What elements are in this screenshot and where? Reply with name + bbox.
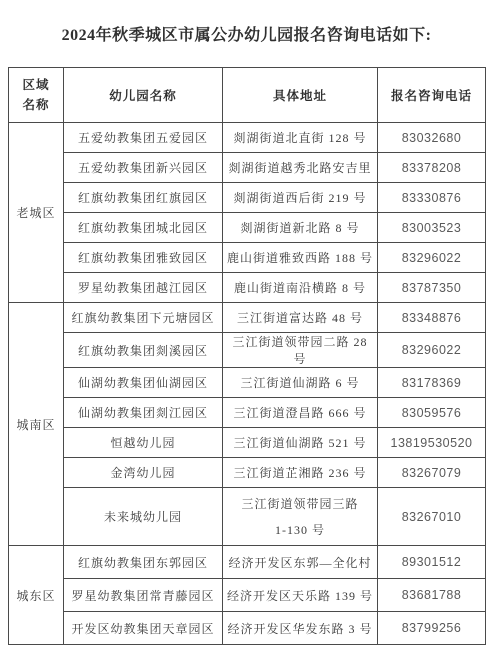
- address-line: 1-130 号: [225, 517, 375, 543]
- kindergarten-name-cell: 仙湖幼教集团剡江园区: [64, 398, 223, 428]
- address-cell: 三江街道领带园三路1-130 号: [223, 488, 378, 546]
- phone-cell: 13819530520: [378, 428, 486, 458]
- kindergarten-name-cell: 开发区幼教集团天章园区: [64, 612, 223, 645]
- phone-cell: 83003523: [378, 213, 486, 243]
- kindergarten-name-cell: 红旗幼教集团红旗园区: [64, 183, 223, 213]
- header-address: 具体地址: [223, 68, 378, 123]
- address-cell: 三江街道富达路 48 号: [223, 303, 378, 333]
- table-row: 恒越幼儿园三江街道仙湖路 521 号13819530520: [9, 428, 486, 458]
- address-cell: 鹿山街道雅致西路 188 号: [223, 243, 378, 273]
- address-cell: 三江街道澄昌路 666 号: [223, 398, 378, 428]
- phone-cell: 83787350: [378, 273, 486, 303]
- kindergarten-name-cell: 红旗幼教集团雅致园区: [64, 243, 223, 273]
- phone-cell: 83296022: [378, 243, 486, 273]
- header-kindergarten-name: 幼儿园名称: [64, 68, 223, 123]
- kindergarten-name-cell: 罗星幼教集团越江园区: [64, 273, 223, 303]
- table-row: 未来城幼儿园三江街道领带园三路1-130 号83267010: [9, 488, 486, 546]
- phone-cell: 83178369: [378, 368, 486, 398]
- header-region-line1: 区域: [11, 75, 61, 95]
- phone-cell: 83296022: [378, 333, 486, 368]
- kindergarten-name-cell: 红旗幼教集团东郭园区: [64, 546, 223, 579]
- notice-page: 2024年秋季城区市属公办幼儿园报名咨询电话如下: 区域 名称 幼儿园名称 具体…: [0, 0, 493, 661]
- phone-cell: 89301512: [378, 546, 486, 579]
- kindergarten-name-cell: 红旗幼教集团剡溪园区: [64, 333, 223, 368]
- kindergarten-name-cell: 红旗幼教集团城北园区: [64, 213, 223, 243]
- table-row: 开发区幼教集团天章园区经济开发区华发东路 3 号83799256: [9, 612, 486, 645]
- address-cell: 鹿山街道南沿横路 8 号: [223, 273, 378, 303]
- table-header: 区域 名称 幼儿园名称 具体地址 报名咨询电话: [9, 68, 486, 123]
- phone-cell: 83267079: [378, 458, 486, 488]
- table-row: 城南区红旗幼教集团下元塘园区三江街道富达路 48 号83348876: [9, 303, 486, 333]
- phone-cell: 83378208: [378, 153, 486, 183]
- region-cell: 城东区: [9, 546, 64, 645]
- address-cell: 剡湖街道越秀北路安吉里: [223, 153, 378, 183]
- table-row: 金湾幼儿园三江街道芷湘路 236 号83267079: [9, 458, 486, 488]
- table-row: 老城区五爱幼教集团五爱园区剡湖街道北直街 128 号83032680: [9, 123, 486, 153]
- kindergarten-name-cell: 金湾幼儿园: [64, 458, 223, 488]
- region-cell: 老城区: [9, 123, 64, 303]
- kindergarten-name-cell: 红旗幼教集团下元塘园区: [64, 303, 223, 333]
- address-cell: 经济开发区东郭—全化村: [223, 546, 378, 579]
- phone-cell: 83681788: [378, 579, 486, 612]
- header-region-name: 区域 名称: [9, 68, 64, 123]
- table-section-老城区: 老城区五爱幼教集团五爱园区剡湖街道北直街 128 号83032680五爱幼教集团…: [9, 123, 486, 303]
- kindergarten-name-cell: 未来城幼儿园: [64, 488, 223, 546]
- kindergarten-name-cell: 五爱幼教集团新兴园区: [64, 153, 223, 183]
- table-row: 红旗幼教集团城北园区剡湖街道新北路 8 号83003523: [9, 213, 486, 243]
- table-row: 红旗幼教集团雅致园区鹿山街道雅致西路 188 号83296022: [9, 243, 486, 273]
- kindergarten-name-cell: 恒越幼儿园: [64, 428, 223, 458]
- address-cell: 剡湖街道西后街 219 号: [223, 183, 378, 213]
- page-title: 2024年秋季城区市属公办幼儿园报名咨询电话如下:: [0, 0, 493, 45]
- region-cell: 城南区: [9, 303, 64, 546]
- address-cell: 三江街道芷湘路 236 号: [223, 458, 378, 488]
- phone-cell: 83330876: [378, 183, 486, 213]
- phone-cell: 83032680: [378, 123, 486, 153]
- table-row: 罗星幼教集团常青藤园区经济开发区天乐路 139 号83681788: [9, 579, 486, 612]
- address-cell: 经济开发区天乐路 139 号: [223, 579, 378, 612]
- header-phone: 报名咨询电话: [378, 68, 486, 123]
- table-row: 罗星幼教集团越江园区鹿山街道南沿横路 8 号83787350: [9, 273, 486, 303]
- header-region-line2: 名称: [11, 95, 61, 115]
- phone-cell: 83799256: [378, 612, 486, 645]
- kindergarten-name-cell: 罗星幼教集团常青藤园区: [64, 579, 223, 612]
- address-line: 三江街道领带园三路: [225, 491, 375, 517]
- kindergarten-name-cell: 五爱幼教集团五爱园区: [64, 123, 223, 153]
- address-cell: 剡湖街道新北路 8 号: [223, 213, 378, 243]
- address-cell: 三江街道领带园二路 28 号: [223, 333, 378, 368]
- address-cell: 三江街道仙湖路 6 号: [223, 368, 378, 398]
- address-cell: 经济开发区华发东路 3 号: [223, 612, 378, 645]
- table-row: 红旗幼教集团红旗园区剡湖街道西后街 219 号83330876: [9, 183, 486, 213]
- table-header-row: 区域 名称 幼儿园名称 具体地址 报名咨询电话: [9, 68, 486, 123]
- address-cell: 三江街道仙湖路 521 号: [223, 428, 378, 458]
- address-cell: 剡湖街道北直街 128 号: [223, 123, 378, 153]
- phone-cell: 83059576: [378, 398, 486, 428]
- table-section-城东区: 城东区红旗幼教集团东郭园区经济开发区东郭—全化村89301512罗星幼教集团常青…: [9, 546, 486, 645]
- table-section-城南区: 城南区红旗幼教集团下元塘园区三江街道富达路 48 号83348876红旗幼教集团…: [9, 303, 486, 546]
- kindergarten-name-cell: 仙湖幼教集团仙湖园区: [64, 368, 223, 398]
- phone-cell: 83267010: [378, 488, 486, 546]
- table-row: 仙湖幼教集团剡江园区三江街道澄昌路 666 号83059576: [9, 398, 486, 428]
- table-row: 红旗幼教集团剡溪园区三江街道领带园二路 28 号83296022: [9, 333, 486, 368]
- table-row: 仙湖幼教集团仙湖园区三江街道仙湖路 6 号83178369: [9, 368, 486, 398]
- kindergarten-phone-table: 区域 名称 幼儿园名称 具体地址 报名咨询电话 老城区五爱幼教集团五爱园区剡湖街…: [8, 67, 486, 645]
- table-row: 城东区红旗幼教集团东郭园区经济开发区东郭—全化村89301512: [9, 546, 486, 579]
- table-row: 五爱幼教集团新兴园区剡湖街道越秀北路安吉里83378208: [9, 153, 486, 183]
- phone-cell: 83348876: [378, 303, 486, 333]
